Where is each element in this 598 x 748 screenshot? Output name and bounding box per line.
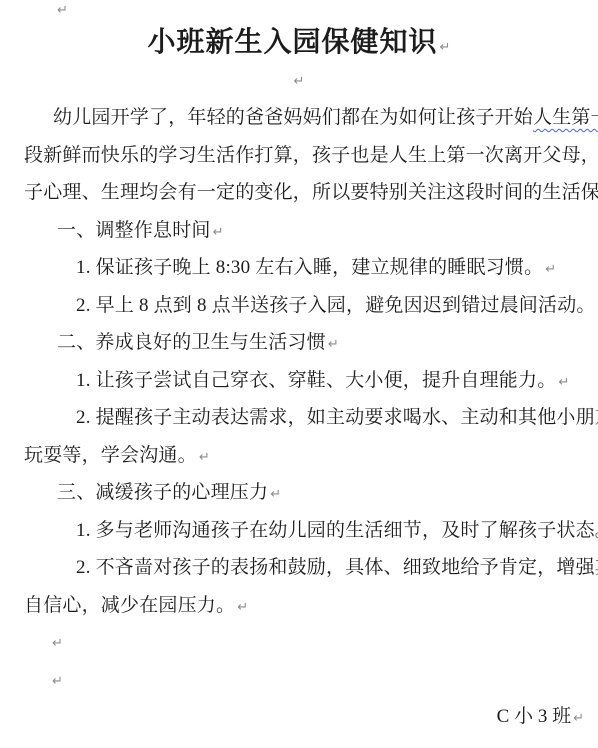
section-2-heading: 二、养成良好的卫生与生活习惯↵ <box>57 329 339 359</box>
paragraph-mark: ↵ <box>0 74 598 89</box>
signature-text: C 小 3 班 <box>497 706 571 727</box>
section-3-item-2-line-1-text: 2. 不吝啬对孩子的表扬和鼓励，具体、细致地给予肯定，增强其 <box>76 557 598 578</box>
section-1-heading: 一、调整作息时间↵ <box>57 217 224 247</box>
section-1-item-2-text: 2. 早上 8 点到 8 点半送孩子入园，避免因迟到错过晨间活动。 <box>76 295 596 316</box>
paragraph-mark: ↵ <box>52 636 63 651</box>
paragraph-mark: ↵ <box>558 375 569 390</box>
paragraph-mark: ↵ <box>57 3 68 18</box>
signature-line: C 小 3 班↵ <box>497 703 584 733</box>
section-2-item-2-line-1-text: 2. 提醒孩子主动表达需求，如主动要求喝水、主动和其他小朋友 <box>76 407 598 428</box>
section-1-heading-text: 一、调整作息时间 <box>57 220 211 241</box>
intro-line-1-text: 幼儿园开学了，年轻的爸爸妈妈们都在为如何让孩子开始 <box>53 107 533 128</box>
section-3-heading-text: 三、减缓孩子的心理压力 <box>57 482 268 503</box>
section-3-item-1: 1. 多与老师沟通孩子在幼儿园的生活细节，及时了解孩子状态。↵ <box>76 517 598 547</box>
paragraph-mark: ↵ <box>270 487 281 502</box>
paragraph-mark: ↵ <box>237 600 248 615</box>
paragraph-mark: ↵ <box>573 711 584 726</box>
document-page: ↵ 小班新生入园保健知识↵ ↵ 幼儿园开学了，年轻的爸爸妈妈们都在为如何让孩子开… <box>0 0 598 748</box>
intro-line-3: 子心理、生理均会有一定的变化，所以要特别关注这段时间的生活保健。↵ <box>24 179 598 209</box>
section-1-item-2: 2. 早上 8 点到 8 点半送孩子入园，避免因迟到错过晨间活动。↵ <box>76 292 598 322</box>
paragraph-mark: ↵ <box>199 450 210 465</box>
section-3-item-2-line-2-text: 自信心，减少在园压力。 <box>24 595 235 616</box>
paragraph-mark: ↵ <box>545 262 556 277</box>
section-3-item-2-line-1: 2. 不吝啬对孩子的表扬和鼓励，具体、细致地给予肯定，增强其 <box>76 554 598 582</box>
section-1-item-1: 1. 保证孩子晚上 8:30 左右入睡，建立规律的睡眠习惯。↵ <box>76 254 556 284</box>
section-2-heading-text: 二、养成良好的卫生与生活习惯 <box>57 332 326 353</box>
section-3-item-2-line-2: 自信心，减少在园压力。↵ <box>24 592 248 622</box>
paragraph-mark: ↵ <box>213 225 224 240</box>
intro-line-2-text: 段新鲜而快乐的学习生活作打算，孩子也是人生上第一次离开父母，孩 <box>24 145 598 166</box>
section-3-item-1-text: 1. 多与老师沟通孩子在幼儿园的生活细节，及时了解孩子状态。 <box>76 520 598 541</box>
section-1-item-1-text: 1. 保证孩子晚上 8:30 左右入睡，建立规律的睡眠习惯。 <box>76 257 543 278</box>
section-2-item-2-line-2-text: 玩耍等，学会沟通。 <box>24 445 197 466</box>
intro-line-1: 幼儿园开学了，年轻的爸爸妈妈们都在为如何让孩子开始人生第一 <box>53 104 598 132</box>
section-2-item-2-line-2: 玩耍等，学会沟通。↵ <box>24 442 210 472</box>
document-title-line: 小班新生入园保健知识↵ <box>0 24 598 67</box>
intro-line-3-text: 子心理、生理均会有一定的变化，所以要特别关注这段时间的生活保健。 <box>24 182 598 203</box>
section-2-item-1-text: 1. 让孩子尝试自己穿衣、穿鞋、大小便，提升自理能力。 <box>76 370 556 391</box>
page-title: 小班新生入园保健知识 <box>148 27 438 58</box>
section-3-heading: 三、减缓孩子的心理压力↵ <box>57 479 281 509</box>
section-2-item-1: 1. 让孩子尝试自己穿衣、穿鞋、大小便，提升自理能力。↵ <box>76 367 569 397</box>
paragraph-mark: ↵ <box>328 337 339 352</box>
paragraph-mark: ↵ <box>52 674 63 689</box>
section-2-item-2-line-1: 2. 提醒孩子主动表达需求，如主动要求喝水、主动和其他小朋友 <box>76 404 598 432</box>
grammar-flagged-text: 人生第一 <box>533 107 598 128</box>
intro-line-2: 段新鲜而快乐的学习生活作打算，孩子也是人生上第一次离开父母，孩 <box>24 142 598 170</box>
paragraph-mark: ↵ <box>440 40 451 55</box>
